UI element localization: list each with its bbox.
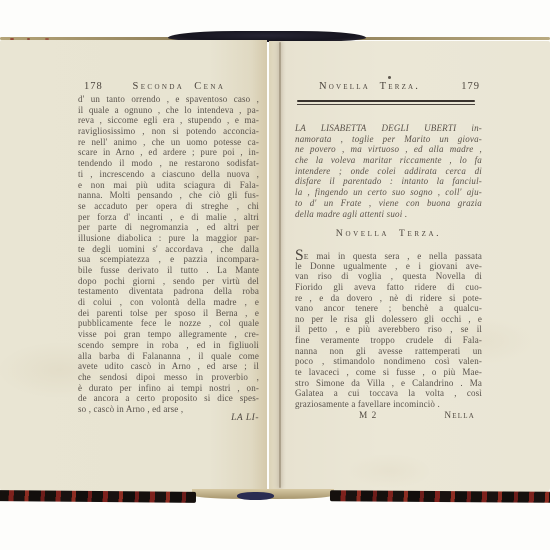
text-line: se accaduto per opera di streghe , chi bbox=[78, 201, 259, 212]
text-line: nanna. Molti pensando , che ciò gli fus- bbox=[78, 190, 259, 201]
text-line: dei parenti tolse per sposo il Berna , e bbox=[78, 308, 259, 319]
text-line: te degli uomini s' accordava , che dalla bbox=[78, 244, 259, 255]
text-line: bile fusse derivato il tutto . La Mante bbox=[78, 265, 259, 276]
right-page-text-block: SE mai in questa sera , e nella passata … bbox=[295, 250, 482, 410]
argument-line: intendere ; onde colei addirata cerca di bbox=[295, 166, 482, 177]
text-line: ravigliosissimo , non si potendo acconci… bbox=[78, 126, 259, 137]
text-line: il petto , e più averebbero riso , se il bbox=[295, 324, 482, 335]
text-line: te lavaceci , come si fusse , o più Mae- bbox=[295, 367, 482, 378]
text-line: che sendosi dipoi messo in proverbio , bbox=[78, 372, 259, 383]
text-line: van riso di voglia , questa Novella di bbox=[295, 271, 482, 282]
text-line: nanna non gli avesse rattemperati un bbox=[295, 346, 482, 357]
text-line: re , e da dovero , nè di ridere si pote- bbox=[295, 293, 482, 304]
text-line: e non mai più udita sciagura di Fala- bbox=[78, 180, 259, 191]
text-line: fine veramente troppo crudele di Fala- bbox=[295, 335, 482, 346]
left-page-header: 178 Seconda Cena bbox=[78, 81, 259, 93]
text-line: di colui , con volontà della madre , e bbox=[78, 297, 259, 308]
argument-line: la , fingendo un certo suo sogno , coll'… bbox=[295, 187, 482, 198]
text-line: tendendo il modo , ne restarono sodisfat… bbox=[78, 158, 259, 169]
text-line: poco , stimandolo nondimeno così valen- bbox=[295, 356, 482, 367]
text-line: scendo sempre in roba , ed in figliuoli bbox=[78, 340, 259, 351]
novella-argument-block: LA LISABETTA DEGLI UBERTI in- namorata ,… bbox=[295, 123, 482, 219]
text-line: per parte di negromanzia , ed altri per bbox=[78, 222, 259, 233]
text-line: scare in Arno , ed ardere ; pure poi , i… bbox=[78, 147, 259, 158]
text-line: testamento diventata padrona della roba bbox=[78, 286, 259, 297]
text-line: illusione diabolica : pure la maggior pa… bbox=[78, 233, 259, 244]
gutter-crease bbox=[279, 42, 281, 488]
text-line: sua scempiatezza , e pazzia incompara- bbox=[78, 254, 259, 265]
argument-line: della madre agli attenti suoi . bbox=[295, 209, 482, 220]
right-page-number: 179 bbox=[461, 81, 480, 92]
text-line: Fiorido gli aveva fatto ridere di cuo- bbox=[295, 282, 482, 293]
text-line: dopo pochi giorni , sendo per virtù del bbox=[78, 276, 259, 287]
text-line: è durato per infino ai tempi nostri , on… bbox=[78, 383, 259, 394]
text-line: re nell' animo , che un uomo potesse ca- bbox=[78, 137, 259, 148]
drop-cap-initial: S bbox=[295, 251, 304, 261]
text-line: stro Simone da Villa , e Calandrino . Ma bbox=[295, 378, 482, 389]
argument-line: LA LISABETTA DEGLI UBERTI in- bbox=[295, 123, 482, 134]
argument-line: to d' un Frate , viene con buona grazia bbox=[295, 198, 482, 209]
text-line: le Donne ugualmente , e i giovani ave- bbox=[295, 261, 482, 272]
text-line: per forza d' incanti , e di malie , altr… bbox=[78, 212, 259, 223]
text-line: d' un tanto orrendo , e spaventoso caso … bbox=[78, 94, 259, 105]
text-line: no per le risa gli dolessero gli occhi ,… bbox=[295, 314, 482, 325]
right-running-title: Novella Terza. bbox=[319, 81, 420, 92]
book-photograph: 178 Seconda Cena d' un tanto orrendo , e… bbox=[0, 0, 550, 550]
header-rule bbox=[297, 100, 475, 105]
left-catchword: LA LI- bbox=[78, 413, 259, 423]
rule-thin-line bbox=[297, 104, 475, 105]
first-line-text: mai in questa sera , e nella passata bbox=[309, 251, 482, 261]
argument-line: disfare il parentado : intanto la fanciu… bbox=[295, 176, 482, 187]
text-line: avete udito cascò in Arno , ed arse ; il bbox=[78, 361, 259, 372]
signature-row: M 2 Nella bbox=[295, 411, 482, 423]
argument-line: ne povero , ma virtuoso , ed alla madre … bbox=[295, 144, 482, 155]
argument-line: namorata , toglie per Marito un giova- bbox=[295, 134, 482, 145]
argument-line: che la voleva maritar riccamente , lo fa bbox=[295, 155, 482, 166]
text-line: graziosamente a favellare incominciò . bbox=[295, 399, 482, 410]
left-running-title: Seconda Cena bbox=[132, 81, 229, 92]
text-line: ti , increscendo a ciascuno della nuova … bbox=[78, 169, 259, 180]
text-line: Galatea a cui toccava la volta , così bbox=[295, 388, 482, 399]
rule-thick-line bbox=[297, 100, 475, 102]
right-catchword: Nella bbox=[444, 411, 475, 421]
text-line: alla barba di Falananna , il quale come bbox=[78, 351, 259, 362]
marbled-cover-edge-left bbox=[0, 490, 196, 503]
marbled-cover-edge-right bbox=[330, 490, 550, 503]
text-line: pubblicamente fece le nozze , col quale bbox=[78, 318, 259, 329]
right-page-header: Novella Terza. 179 bbox=[295, 81, 482, 93]
left-page-number: 178 bbox=[78, 81, 103, 92]
gathering-signature: M 2 bbox=[359, 411, 377, 421]
left-page-text-block: d' un tanto orrendo , e spaventoso caso … bbox=[78, 94, 259, 415]
ink-mark bbox=[388, 76, 391, 79]
section-heading: Novella Terza. bbox=[295, 228, 482, 239]
book-bottom-notch bbox=[237, 492, 274, 500]
text-line: il quale a ognuno , che lo intendeva , p… bbox=[78, 105, 259, 116]
text-line-first: SE mai in questa sera , e nella passata bbox=[295, 250, 482, 261]
text-line: vano ancor tenere ; benchè a qualcu- bbox=[295, 303, 482, 314]
text-line: visse poi gran tempo allegramente , cre- bbox=[78, 329, 259, 340]
text-line: de ancora a certo proposito si dice spes… bbox=[78, 393, 259, 404]
text-line: reva , siccome egli era , stupendo , e m… bbox=[78, 115, 259, 126]
